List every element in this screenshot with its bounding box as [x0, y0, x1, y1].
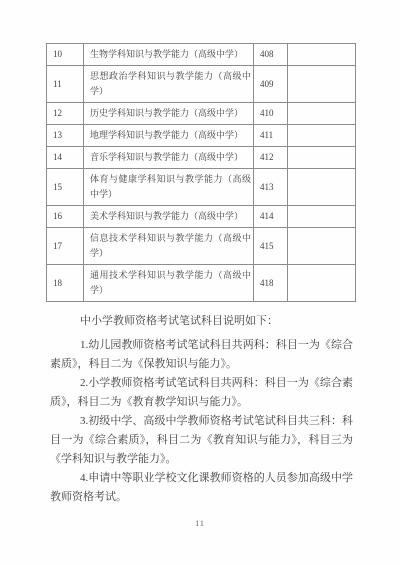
note-cell	[288, 66, 356, 103]
note-cell	[288, 147, 356, 169]
table-row: 14 音乐学科知识与教学能力（高级中学） 412	[47, 147, 356, 169]
subject-code-cell: 415	[254, 228, 288, 265]
table-row: 17 信息技术学科知识与教学能力（高级中学） 415	[47, 228, 356, 265]
note-cell	[288, 265, 356, 302]
row-number-cell: 16	[47, 206, 84, 228]
note-item-1: 1.幼儿园教师资格考试笔试科目共两科：科目一为《综合素质》，科目二为《保教知识与…	[50, 336, 353, 374]
note-cell	[288, 44, 356, 66]
exam-subject-table-wrap: 10 生物学科知识与教学能力（高级中学） 408 11 思想政治学科知识与教学能…	[46, 43, 355, 302]
document-page: 10 生物学科知识与教学能力（高级中学） 408 11 思想政治学科知识与教学能…	[0, 0, 400, 565]
subject-code-cell: 414	[254, 206, 288, 228]
subject-name-cell: 生物学科知识与教学能力（高级中学）	[84, 44, 254, 66]
subject-name-cell: 音乐学科知识与教学能力（高级中学）	[84, 147, 254, 169]
note-item-4: 4.申请中等职业学校文化课教师资格的人员参加高级中学教师资格考试。	[50, 469, 353, 507]
notes-section: 中小学教师资格考试笔试科目说明如下： 1.幼儿园教师资格考试笔试科目共两科：科目…	[50, 312, 353, 507]
subject-name-cell: 通用技术学科知识与教学能力（高级中学）	[84, 265, 254, 302]
row-number-cell: 10	[47, 44, 84, 66]
page-number: 11	[0, 519, 400, 528]
subject-code-cell: 410	[254, 103, 288, 125]
notes-intro: 中小学教师资格考试笔试科目说明如下：	[50, 312, 353, 331]
subject-code-cell: 411	[254, 125, 288, 147]
row-number-cell: 12	[47, 103, 84, 125]
row-number-cell: 14	[47, 147, 84, 169]
table-row: 16 美术学科知识与教学能力（高级中学） 414	[47, 206, 356, 228]
subject-name-cell: 历史学科知识与教学能力（高级中学）	[84, 103, 254, 125]
table-row: 10 生物学科知识与教学能力（高级中学） 408	[47, 44, 356, 66]
row-number-cell: 15	[47, 169, 84, 206]
subject-name-cell: 地理学科知识与教学能力（高级中学）	[84, 125, 254, 147]
note-item-2: 2.小学教师资格考试笔试科目共两科：科目一为《综合素质》，科目二为《教育教学知识…	[50, 374, 353, 412]
row-number-cell: 11	[47, 66, 84, 103]
subject-name-cell: 美术学科知识与教学能力（高级中学）	[84, 206, 254, 228]
table-row: 12 历史学科知识与教学能力（高级中学） 410	[47, 103, 356, 125]
subject-name-cell: 信息技术学科知识与教学能力（高级中学）	[84, 228, 254, 265]
subject-code-cell: 408	[254, 44, 288, 66]
table-row: 15 体育与健康学科知识与教学能力（高级中学） 413	[47, 169, 356, 206]
subject-code-cell: 409	[254, 66, 288, 103]
table-row: 11 思想政治学科知识与教学能力（高级中学） 409	[47, 66, 356, 103]
note-cell	[288, 125, 356, 147]
note-item-3: 3.初级中学、高级中学教师资格考试笔试科目共三科：科目一为《综合素质》，科目二为…	[50, 412, 353, 469]
table-row: 18 通用技术学科知识与教学能力（高级中学） 418	[47, 265, 356, 302]
subject-code-cell: 412	[254, 147, 288, 169]
exam-subject-table: 10 生物学科知识与教学能力（高级中学） 408 11 思想政治学科知识与教学能…	[46, 43, 356, 302]
subject-code-cell: 418	[254, 265, 288, 302]
note-cell	[288, 169, 356, 206]
row-number-cell: 13	[47, 125, 84, 147]
row-number-cell: 17	[47, 228, 84, 265]
note-cell	[288, 206, 356, 228]
note-cell	[288, 103, 356, 125]
note-cell	[288, 228, 356, 265]
subject-name-cell: 体育与健康学科知识与教学能力（高级中学）	[84, 169, 254, 206]
table-row: 13 地理学科知识与教学能力（高级中学） 411	[47, 125, 356, 147]
row-number-cell: 18	[47, 265, 84, 302]
subject-code-cell: 413	[254, 169, 288, 206]
subject-name-cell: 思想政治学科知识与教学能力（高级中学）	[84, 66, 254, 103]
